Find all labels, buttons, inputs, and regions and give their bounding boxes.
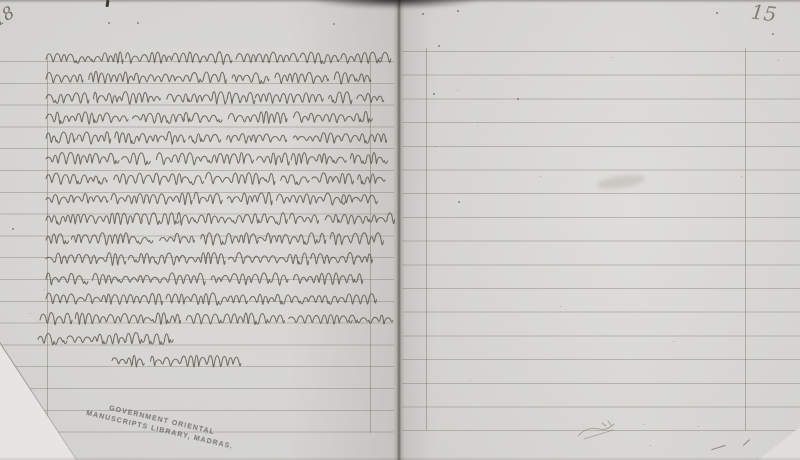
dust-speck	[108, 22, 110, 24]
ruled-lines-right	[402, 51, 800, 433]
pencil-mark	[575, 414, 635, 442]
dust-speck	[716, 12, 718, 14]
manuscript-scan: பொதுவாகிய மாமரங்களொன்று நிற்பது பொது வயல…	[0, 0, 800, 460]
margin-line-right-outer	[745, 48, 746, 431]
handwritten-line: ம் சொல்லாகுமோ.	[38, 325, 174, 349]
page-number-right: 15	[750, 0, 778, 26]
top-edge-shadow	[0, 0, 800, 3]
dust-speck	[333, 23, 335, 25]
dust-speck	[458, 201, 460, 203]
dust-speck	[422, 13, 424, 15]
gutter-crease	[393, 0, 405, 460]
dust-speck	[772, 33, 774, 35]
dust-speck	[438, 45, 440, 47]
dust-speck	[137, 22, 139, 24]
dust-speck	[433, 93, 435, 95]
dust-speck	[379, 57, 381, 59]
margin-line-right-inner	[426, 48, 427, 431]
dust-speck	[517, 98, 519, 100]
dust-speck	[457, 10, 459, 12]
closing-line: அவை முற்றும்.	[112, 347, 240, 371]
dust-speck	[12, 228, 14, 230]
